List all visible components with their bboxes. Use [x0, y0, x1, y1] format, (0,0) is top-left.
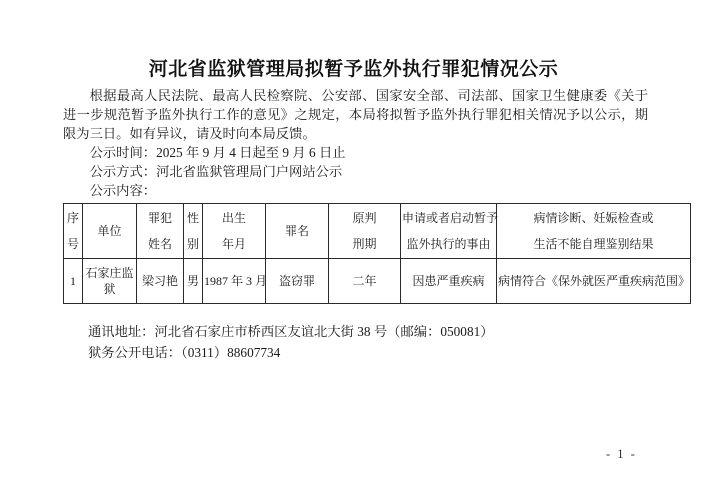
col-header-name: 罪犯 姓名 — [137, 204, 184, 259]
col-header-gender: 性 别 — [184, 204, 203, 259]
contact-info-block: 通讯地址：河北省石家庄市桥西区友谊北大街 38 号（邮编：050081） 狱务公… — [88, 322, 494, 363]
page-title: 河北省监狱管理局拟暂予监外执行罪犯情况公示 — [0, 54, 707, 81]
cell-birthdate: 1987 年 3 月 — [203, 259, 266, 304]
table-header-row: 序 号 单位 罪犯 姓名 性 别 出生 年月 — [64, 204, 691, 259]
col-header-sentence: 原判 刑期 — [329, 204, 401, 259]
notice-method-line: 公示方式：河北省监狱管理局门户网站公示 — [63, 162, 648, 181]
cell-sentence: 二年 — [329, 259, 401, 304]
col-header-reason: 申请或者启动暂予 监外执行的事由 — [401, 204, 497, 259]
document-page: 河北省监狱管理局拟暂予监外执行罪犯情况公示 根据最高人民法院、最高人民检察院、公… — [0, 0, 707, 500]
cell-unit: 石家庄监狱 — [83, 259, 137, 304]
col-header-unit: 单位 — [83, 204, 137, 259]
page-number: - 1 - — [606, 447, 637, 462]
cell-name: 梁习艳 — [137, 259, 184, 304]
notice-period-line: 公示时间：2025 年 9 月 4 日起至 9 月 6 日止 — [63, 143, 648, 162]
public-phone-line: 狱务公开电话：（0311）88607734 — [88, 343, 494, 364]
col-header-diagnosis: 病情诊断、妊娠检查或 生活不能自理鉴别结果 — [497, 204, 691, 259]
col-header-crime: 罪名 — [266, 204, 329, 259]
cell-diagnosis: 病情符合《保外就医严重疾病范围》 — [497, 259, 691, 304]
body-text-block: 根据最高人民法院、最高人民检察院、公安部、国家安全部、司法部、国家卫生健康委《关… — [63, 86, 648, 200]
cell-gender: 男 — [184, 259, 203, 304]
col-header-index: 序 号 — [64, 204, 83, 259]
cell-crime: 盗窃罪 — [266, 259, 329, 304]
cell-index: 1 — [64, 259, 83, 304]
cell-reason: 因患严重疾病 — [401, 259, 497, 304]
intro-paragraph: 根据最高人民法院、最高人民检察院、公安部、国家安全部、司法部、国家卫生健康委《关… — [63, 86, 648, 143]
col-header-birthdate: 出生 年月 — [203, 204, 266, 259]
convict-notice-table: 序 号 单位 罪犯 姓名 性 别 出生 年月 — [63, 203, 691, 304]
mailing-address-line: 通讯地址：河北省石家庄市桥西区友谊北大街 38 号（邮编：050081） — [88, 322, 494, 343]
notice-content-label: 公示内容： — [63, 181, 648, 200]
table-row: 1 石家庄监狱 梁习艳 男 1987 年 3 月 盗窃罪 二年 因患严重疾病 病… — [64, 259, 691, 304]
